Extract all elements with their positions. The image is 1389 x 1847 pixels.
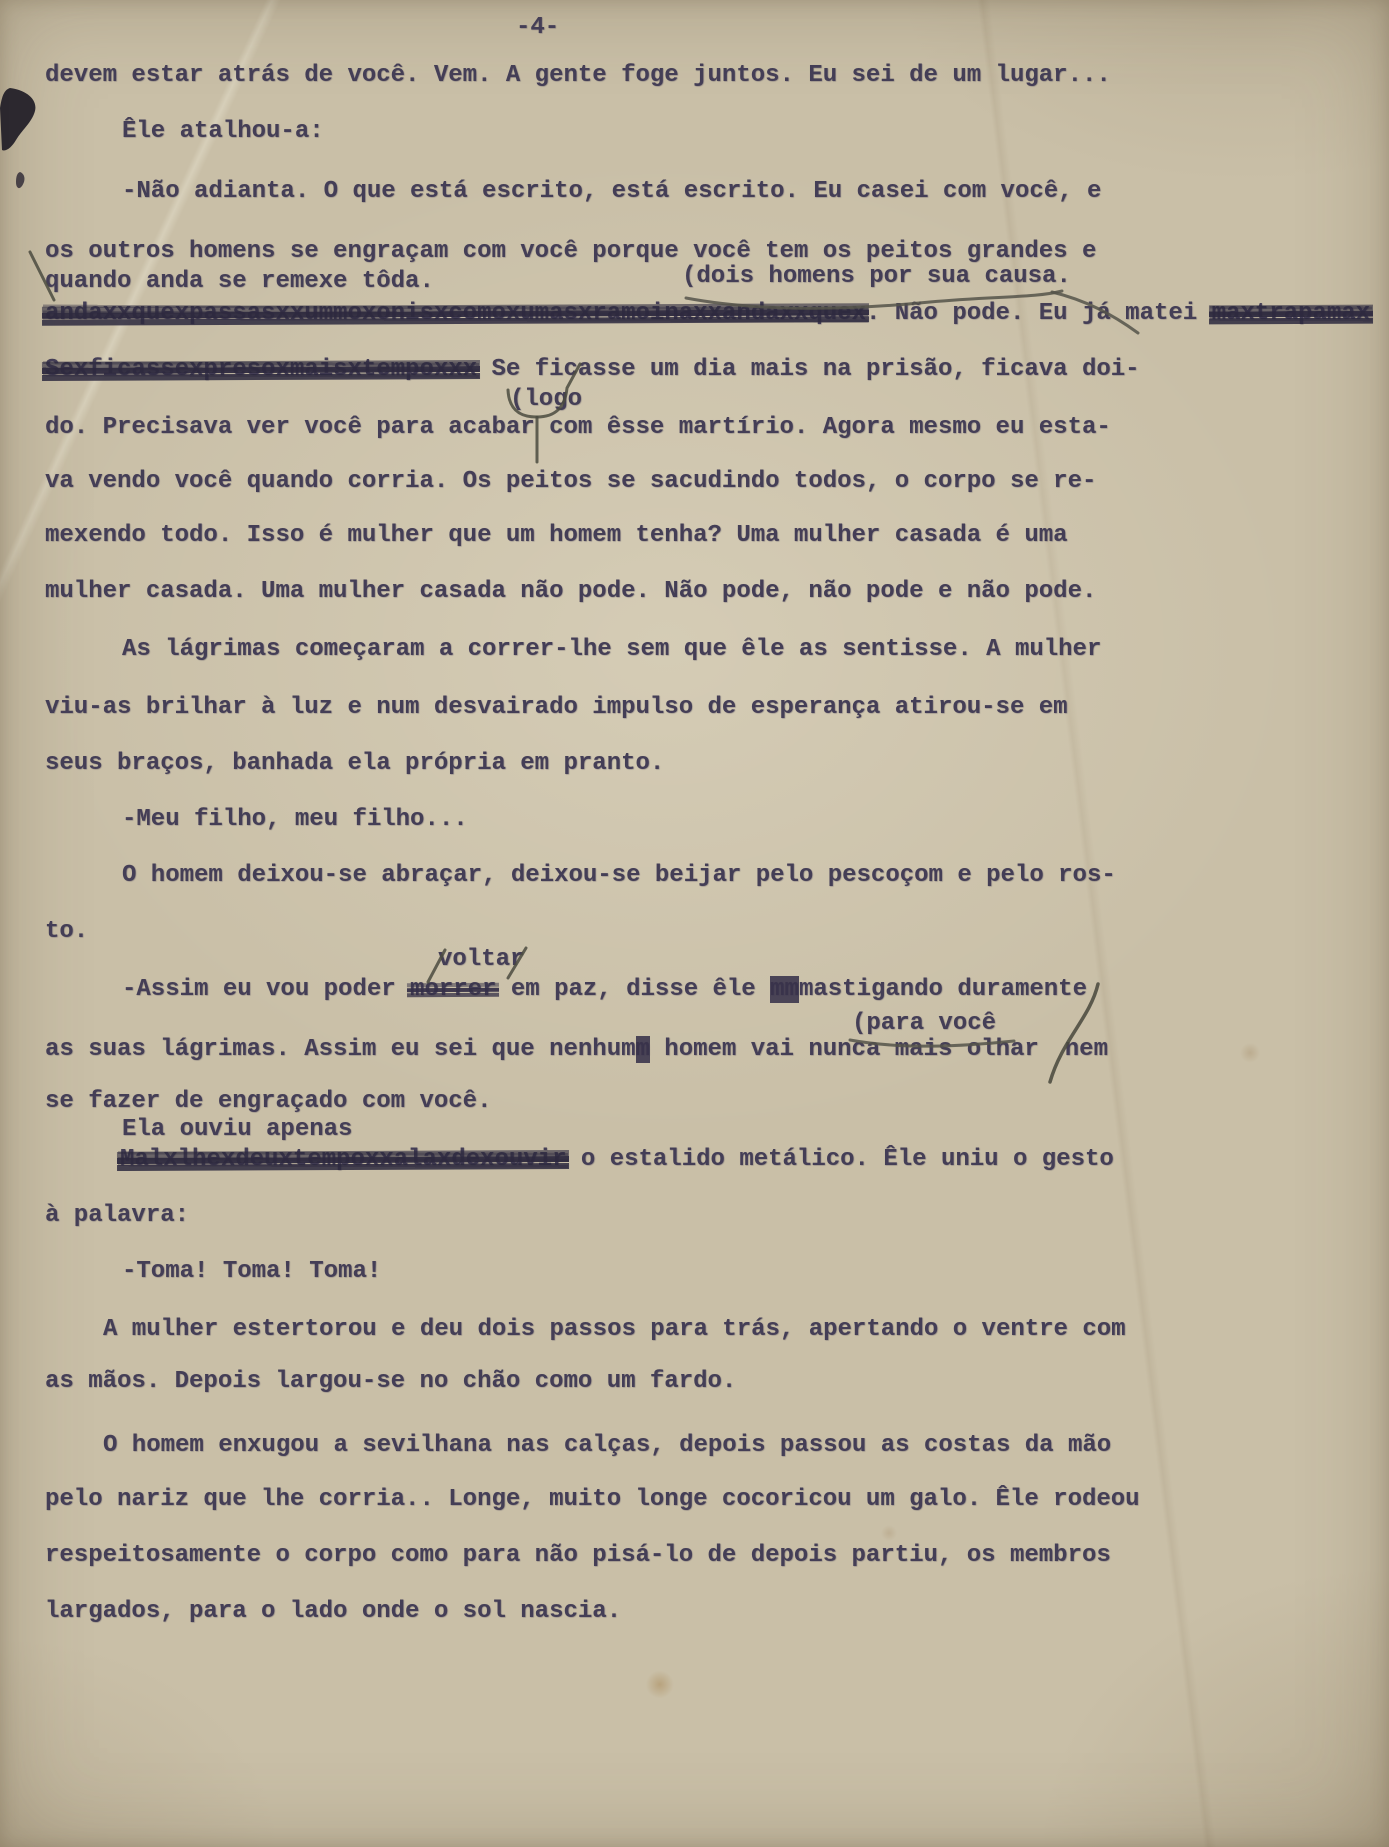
struck-text: Malxlhexdeuxtempoxxalaxdexouvir [120, 1146, 566, 1173]
typed-line-27: O homem enxugou a sevilhana nas calças, … [103, 1432, 1111, 1459]
typed-line-30: largados, para o lado onde o sol nascia. [45, 1598, 621, 1625]
typed-line-05: quando anda se remexe tôda. [45, 268, 434, 295]
struck-text: maxtrapamax [1212, 300, 1370, 327]
typed-line-25: A mulher estertorou e deu dois passos pa… [103, 1316, 1126, 1343]
typed-line-13: viu-as brilhar à luz e num desvairado im… [45, 694, 1068, 721]
typed-line-21: Ela ouviu apenas [122, 1116, 352, 1143]
typed-line-14: seus braços, banhada ela própria em pran… [45, 750, 664, 777]
typed-line-04: os outros homens se engraçam com você po… [45, 238, 1096, 265]
ink-blot-mark [0, 88, 35, 150]
typed-text: nem [1065, 1036, 1108, 1063]
ink-speck-mark [16, 172, 24, 188]
typed-text: . Não pode. Eu já matei [866, 300, 1212, 327]
typed-line-06: andaxxquexpassasxxummoxonisxcomoxumasxra… [45, 300, 1370, 327]
page-number: -4- [516, 14, 559, 41]
typed-line-29: respeitosamente o corpo como para não pi… [45, 1542, 1111, 1569]
typed-text: as suas lágrimas. Assim eu sei que nenhu… [45, 1036, 636, 1063]
typed-line-08: do. Precisava ver você para acabar com ê… [45, 414, 1111, 441]
typed-line-26: as mãos. Depois largou-se no chão como u… [45, 1368, 736, 1395]
typed-line-12: As lágrimas começaram a correr-lhe sem q… [122, 636, 1101, 663]
typed-text: -Assim eu vou poder [122, 976, 410, 1003]
typed-line-17: to. [45, 918, 88, 945]
insertion-dois-homens: (dois homens por sua causa. [682, 263, 1071, 290]
typed-line-22: Malxlhexdeuxtempoxxalaxdexouvir o estali… [120, 1146, 1114, 1173]
ink-blot-text: mm [770, 976, 799, 1003]
typed-line-18: -Assim eu vou poder morrer em paz, disse… [122, 976, 1087, 1003]
typed-line-09: va vendo você quando corria. Os peitos s… [45, 468, 1096, 495]
typed-line-15: -Meu filho, meu filho... [122, 806, 468, 833]
typed-line-11: mulher casada. Uma mulher casada não pod… [45, 578, 1096, 605]
manuscript-page: -4- devem estar atrás de você. Vem. A ge… [0, 0, 1389, 1847]
typed-line-16: O homem deixou-se abraçar, deixou-se bei… [122, 862, 1116, 889]
typed-line-28: pelo nariz que lhe corria.. Longe, muito… [45, 1486, 1140, 1513]
typed-line-02: Êle atalhou-a: [122, 118, 324, 145]
typed-line-03: -Não adianta. O que está escrito, está e… [122, 178, 1101, 205]
typed-line-19: as suas lágrimas. Assim eu sei que nenhu… [45, 1036, 1108, 1063]
typed-text: o estalido metálico. Êle uniu o gesto [566, 1146, 1113, 1173]
typed-text: em paz, disse êle [496, 976, 770, 1003]
typed-text: Se ficasse um dia mais na prisão, ficava… [477, 356, 1140, 383]
typed-line-07: Sexficassexpresoxmaisxtempoxxx Se ficass… [45, 356, 1140, 383]
insertion-voltar: voltar [438, 946, 524, 973]
ink-blot-text: m [636, 1036, 650, 1063]
struck-text: morrer [410, 976, 496, 1003]
typed-line-01: devem estar atrás de você. Vem. A gente … [45, 62, 1111, 89]
typed-line-20: se fazer de engraçado com você. [45, 1088, 491, 1115]
typed-text: mastigando duramente [799, 976, 1087, 1003]
struck-text: Sexficassexpresoxmaisxtempoxxx [45, 356, 477, 383]
typed-line-10: mexendo todo. Isso é mulher que um homem… [45, 522, 1068, 549]
typed-text: homem vai nunca mais olhar [650, 1036, 1039, 1063]
insertion-para-voce: (para você [852, 1010, 996, 1037]
struck-text: andaxxquexpassasxxummoxonisxcomoxumasxra… [45, 300, 866, 327]
insertion-logo: (logo [510, 386, 582, 413]
typed-line-23: à palavra: [45, 1202, 189, 1229]
typed-line-24: -Toma! Toma! Toma! [122, 1258, 381, 1285]
